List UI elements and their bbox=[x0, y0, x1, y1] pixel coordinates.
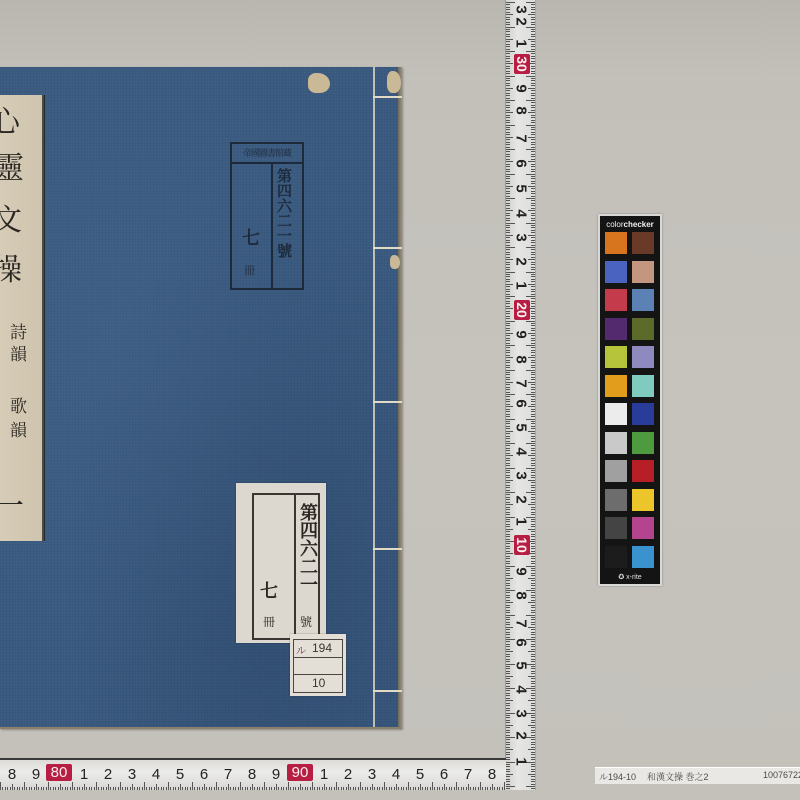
ruler-tick bbox=[506, 264, 510, 265]
ruler-tick bbox=[526, 321, 535, 322]
ruler-tick bbox=[531, 448, 535, 449]
ruler-label: 3 bbox=[513, 229, 530, 247]
ruler-tick bbox=[370, 787, 371, 790]
ruler-tick bbox=[14, 787, 15, 790]
ruler-tick bbox=[506, 416, 510, 417]
ruler-tick bbox=[506, 159, 510, 160]
ruler-tick bbox=[228, 784, 229, 790]
ruler-tick bbox=[506, 120, 510, 121]
ruler-tick bbox=[480, 782, 481, 790]
ruler-tick bbox=[506, 129, 510, 130]
ruler-tick bbox=[531, 519, 535, 520]
ruler-tick bbox=[192, 782, 193, 790]
ruler-tick bbox=[531, 752, 535, 753]
ruler-tick bbox=[531, 671, 535, 672]
ruler-tick bbox=[531, 507, 535, 508]
color-swatch bbox=[632, 403, 654, 425]
ruler-tick bbox=[322, 787, 323, 790]
ruler-tick bbox=[531, 203, 535, 204]
ruler-tick bbox=[91, 787, 92, 790]
ruler-tick bbox=[396, 784, 397, 790]
ruler-tick bbox=[506, 352, 510, 353]
ruler-tick bbox=[170, 787, 171, 790]
ruler-tick bbox=[531, 690, 535, 691]
ruler-tick bbox=[506, 570, 510, 571]
ruler-label: 5 bbox=[513, 419, 530, 437]
ruler-tick bbox=[254, 787, 255, 790]
ruler-tick bbox=[506, 715, 510, 716]
ruler-tick bbox=[506, 705, 510, 706]
ruler-tick bbox=[531, 747, 535, 748]
ruler-tick bbox=[190, 787, 191, 790]
ruler-tick bbox=[506, 717, 510, 718]
ruler-tick bbox=[178, 787, 179, 790]
ruler-tick bbox=[506, 759, 510, 760]
ruler-tick bbox=[360, 782, 361, 790]
ruler-tick bbox=[506, 142, 510, 143]
ruler-tick bbox=[506, 93, 510, 94]
ruler-tick bbox=[504, 782, 505, 790]
ruler-label: 2 bbox=[513, 727, 530, 745]
cover-wear bbox=[390, 255, 400, 269]
ruler-tick bbox=[506, 24, 510, 25]
ruler-tick bbox=[506, 597, 510, 598]
ruler-tick bbox=[506, 595, 510, 596]
ruler-tick bbox=[531, 242, 535, 243]
ruler-tick bbox=[526, 345, 535, 346]
ruler-tick bbox=[506, 41, 510, 42]
ruler-tick bbox=[458, 787, 459, 790]
ruler-tick bbox=[531, 245, 535, 246]
ruler-tick bbox=[506, 340, 510, 341]
ruler-tick bbox=[506, 53, 510, 54]
ruler-tick bbox=[506, 681, 510, 682]
ruler-tick bbox=[506, 269, 510, 270]
ruler-tick bbox=[180, 784, 181, 790]
ruler-tick bbox=[151, 787, 152, 790]
ruler-tick bbox=[158, 787, 159, 790]
ruler-tick bbox=[506, 377, 510, 378]
ruler-label: 9 bbox=[513, 326, 530, 344]
ruler-tick bbox=[506, 61, 510, 62]
ruler-tick bbox=[245, 787, 246, 790]
ruler-tick bbox=[531, 779, 535, 780]
ruler-tick bbox=[531, 208, 535, 209]
ruler-tick bbox=[506, 423, 510, 424]
ruler-tick bbox=[86, 787, 87, 790]
ruler-tick bbox=[506, 646, 510, 647]
ruler-tick bbox=[506, 223, 515, 224]
ruler-tick bbox=[446, 787, 447, 790]
ruler-tick bbox=[531, 188, 535, 189]
ruler-label: 4 bbox=[513, 443, 530, 461]
ruler-tick bbox=[182, 787, 183, 790]
ruler-tick bbox=[506, 257, 510, 258]
binding-stitch bbox=[373, 401, 402, 403]
ruler-tick bbox=[531, 673, 535, 674]
ruler-tick bbox=[506, 254, 510, 255]
shelf-label-volume: 七 bbox=[260, 577, 278, 603]
ruler-tick bbox=[506, 134, 510, 135]
ruler-tick bbox=[531, 134, 535, 135]
ruler-tick bbox=[531, 164, 535, 165]
ruler-tick bbox=[531, 151, 535, 152]
ruler-tick bbox=[531, 754, 535, 755]
ruler-tick bbox=[506, 458, 510, 459]
ruler-tick bbox=[531, 502, 535, 503]
ruler-tick bbox=[531, 147, 535, 148]
ruler-tick bbox=[531, 24, 535, 25]
ruler-tick bbox=[531, 122, 535, 123]
ruler-tick bbox=[401, 787, 402, 790]
ruler-tick bbox=[506, 472, 510, 473]
ruler-tick bbox=[531, 624, 535, 625]
ruler-tick bbox=[506, 372, 510, 373]
horizontal-ruler: 89801234567899012345678 bbox=[0, 758, 506, 790]
ruler-tick bbox=[506, 389, 510, 390]
ruler-tick bbox=[531, 776, 535, 777]
ruler-tick bbox=[531, 646, 535, 647]
ruler-tick bbox=[531, 286, 535, 287]
ruler-tick bbox=[531, 267, 535, 268]
ruler-tick bbox=[531, 781, 535, 782]
ruler-tick bbox=[468, 784, 469, 790]
ruler-tick bbox=[473, 787, 474, 790]
ruler-tick bbox=[499, 787, 500, 790]
ruler-tick bbox=[506, 387, 510, 388]
ruler-tick bbox=[506, 539, 510, 540]
ruler-tick bbox=[531, 666, 535, 667]
ruler-tick bbox=[531, 661, 535, 662]
ruler-tick bbox=[0, 782, 1, 790]
ruler-tick bbox=[531, 218, 535, 219]
library-stamp: 帝國圖書館藏 第四六二一號 七 冊 bbox=[230, 142, 304, 290]
ruler-tick bbox=[531, 509, 535, 510]
ruler-tick bbox=[478, 787, 479, 790]
ruler-tick bbox=[531, 656, 535, 657]
ruler-tick bbox=[130, 787, 131, 790]
ruler-tick bbox=[526, 149, 535, 150]
ruler-tick bbox=[506, 438, 510, 439]
ruler-tick bbox=[302, 787, 303, 790]
ruler-tick bbox=[77, 787, 78, 790]
ruler-tick bbox=[506, 619, 510, 620]
ruler-label: 8 bbox=[513, 587, 530, 605]
ruler-tick bbox=[506, 580, 510, 581]
ruler-tick bbox=[531, 274, 535, 275]
ruler-tick bbox=[531, 178, 535, 179]
ruler-tick bbox=[218, 787, 219, 790]
ruler-tick bbox=[24, 782, 25, 790]
ruler-tick bbox=[531, 568, 535, 569]
ruler-tick bbox=[50, 787, 51, 790]
ruler-tick bbox=[502, 787, 503, 790]
ruler-tick bbox=[531, 318, 535, 319]
ruler-tick bbox=[506, 289, 510, 290]
ruler-tick bbox=[531, 683, 535, 684]
color-swatch bbox=[632, 232, 654, 254]
ruler-tick bbox=[506, 237, 510, 238]
ruler-tick bbox=[506, 605, 510, 606]
ruler-tick bbox=[506, 156, 510, 157]
ruler-tick bbox=[506, 4, 510, 5]
ruler-tick bbox=[62, 787, 63, 790]
ruler-tick bbox=[506, 774, 513, 775]
ruler-tick bbox=[187, 787, 188, 790]
ruler-tick bbox=[531, 365, 535, 366]
ruler-tick bbox=[427, 787, 428, 790]
ruler-tick bbox=[506, 281, 510, 282]
ruler-tick bbox=[286, 787, 287, 790]
color-swatch bbox=[632, 375, 654, 397]
ruler-tick bbox=[531, 360, 535, 361]
ruler-tick bbox=[531, 183, 535, 184]
ruler-tick bbox=[240, 782, 241, 790]
ruler-tick bbox=[506, 132, 510, 133]
ruler-tick bbox=[531, 607, 535, 608]
ruler-tick bbox=[271, 787, 272, 790]
ruler-tick bbox=[531, 531, 535, 532]
ruler-tick bbox=[526, 370, 535, 371]
ruler-tick bbox=[506, 392, 510, 393]
ruler-tick bbox=[506, 174, 515, 175]
ruler-tick bbox=[531, 654, 535, 655]
color-swatch bbox=[632, 489, 654, 511]
ruler-tick bbox=[439, 787, 440, 790]
ruler-tick bbox=[531, 401, 535, 402]
ruler-tick bbox=[506, 296, 515, 297]
ruler-tick bbox=[531, 66, 535, 67]
ruler-tick bbox=[307, 787, 308, 790]
ruler-tick bbox=[506, 700, 513, 701]
ruler-tick bbox=[531, 524, 535, 525]
ruler-tick bbox=[506, 63, 513, 64]
ruler-tick bbox=[531, 514, 535, 515]
ruler-tick bbox=[531, 512, 535, 513]
ruler-tick bbox=[531, 176, 535, 177]
ruler-tick bbox=[531, 703, 535, 704]
ruler-tick bbox=[506, 690, 510, 691]
ruler-label: 6 bbox=[513, 155, 530, 173]
ruler-tick bbox=[531, 460, 535, 461]
ruler-tick bbox=[506, 426, 510, 427]
ruler-tick bbox=[204, 784, 205, 790]
ruler-tick bbox=[531, 389, 535, 390]
ruler-tick bbox=[531, 548, 535, 549]
title-char: 靈 bbox=[0, 143, 24, 187]
ruler-tick bbox=[506, 477, 510, 478]
ruler-tick bbox=[506, 463, 510, 464]
ruler-tick bbox=[506, 313, 510, 314]
ruler-tick bbox=[531, 629, 535, 630]
ruler-tick bbox=[506, 656, 510, 657]
ruler-tick bbox=[506, 198, 515, 199]
ruler-label: 2 bbox=[513, 253, 530, 271]
ruler-tick bbox=[531, 328, 535, 329]
ruler-tick bbox=[531, 678, 535, 679]
ruler-tick bbox=[506, 291, 510, 292]
ruler-tick bbox=[506, 428, 510, 429]
ruler-tick bbox=[238, 787, 239, 790]
ruler-tick bbox=[531, 139, 535, 140]
ruler-tick bbox=[96, 782, 97, 790]
ruler-tick bbox=[506, 409, 510, 410]
ruler-tick bbox=[531, 441, 535, 442]
ruler-tick bbox=[506, 306, 510, 307]
ruler-tick bbox=[506, 556, 510, 557]
ruler-tick bbox=[531, 232, 535, 233]
ruler-tick bbox=[506, 695, 510, 696]
ruler-tick bbox=[531, 534, 535, 535]
color-swatch bbox=[632, 460, 654, 482]
ruler-tick bbox=[394, 787, 395, 790]
ruler-tick bbox=[506, 213, 510, 214]
ruler-tick bbox=[506, 668, 510, 669]
ruler-tick bbox=[531, 769, 535, 770]
ruler-tick bbox=[531, 144, 535, 145]
ruler-tick bbox=[19, 787, 20, 790]
ruler-tick bbox=[506, 485, 510, 486]
ruler-label: 5 bbox=[172, 766, 188, 783]
ruler-tick bbox=[329, 787, 330, 790]
ruler-tick bbox=[531, 29, 535, 30]
ruler-tick bbox=[506, 110, 510, 111]
ruler-label: 80 bbox=[46, 764, 72, 781]
ruler-tick bbox=[506, 754, 510, 755]
ruler-tick bbox=[531, 416, 535, 417]
ruler-tick bbox=[506, 752, 510, 753]
ruler-tick bbox=[406, 787, 407, 790]
ruler-tick bbox=[506, 502, 510, 503]
ruler-tick bbox=[264, 782, 265, 790]
ruler-tick bbox=[199, 787, 200, 790]
ruler-label: 6 bbox=[513, 634, 530, 652]
ruler-tick bbox=[247, 787, 248, 790]
ruler-tick bbox=[531, 649, 535, 650]
ruler-tick bbox=[531, 720, 535, 721]
ruler-tick bbox=[134, 787, 135, 790]
ruler-tick bbox=[531, 350, 535, 351]
ruler-tick bbox=[506, 507, 510, 508]
ruler-label: 7 bbox=[513, 130, 530, 148]
ruler-tick bbox=[526, 125, 535, 126]
ruler-tick bbox=[506, 49, 510, 50]
ruler-tick bbox=[531, 159, 535, 160]
ruler-tick bbox=[70, 787, 71, 790]
ruler-tick bbox=[338, 787, 339, 790]
caption-strip: ル194-10 和漢文操 巻之2 10076722 bbox=[595, 767, 800, 784]
ruler-tick bbox=[283, 787, 284, 790]
shelf-label-divider bbox=[294, 495, 296, 638]
ruler-tick bbox=[506, 499, 510, 500]
ruler-tick bbox=[506, 563, 510, 564]
ruler-tick bbox=[506, 588, 510, 589]
ruler-tick bbox=[506, 245, 510, 246]
ruler-tick bbox=[526, 198, 535, 199]
ruler-tick bbox=[531, 306, 535, 307]
ruler-tick bbox=[531, 387, 535, 388]
ruler-tick bbox=[470, 787, 471, 790]
ruler-tick bbox=[403, 787, 404, 790]
ruler-tick bbox=[506, 781, 510, 782]
ruler-label: 4 bbox=[388, 766, 404, 783]
ruler-tick bbox=[531, 323, 535, 324]
ruler-tick bbox=[377, 787, 378, 790]
caption-call-number: ル194-10 bbox=[599, 770, 636, 783]
ruler-tick bbox=[531, 497, 535, 498]
color-swatch bbox=[605, 375, 627, 397]
ruler-tick bbox=[531, 708, 535, 709]
volume-char: 一 bbox=[0, 481, 24, 525]
ruler-tick bbox=[506, 512, 510, 513]
ruler-label: 1 bbox=[513, 753, 530, 771]
ruler-tick bbox=[84, 784, 85, 790]
ruler-tick bbox=[506, 220, 510, 221]
ruler-tick bbox=[531, 759, 535, 760]
ruler-tick bbox=[506, 370, 515, 371]
ruler-tick bbox=[223, 787, 224, 790]
ruler-tick bbox=[262, 787, 263, 790]
ruler-tick bbox=[531, 93, 535, 94]
ruler-tick bbox=[531, 499, 535, 500]
ruler-tick bbox=[281, 787, 282, 790]
ruler-tick bbox=[398, 787, 399, 790]
ruler-tick bbox=[506, 127, 510, 128]
ruler-label: 5 bbox=[513, 180, 530, 198]
ruler-tick bbox=[72, 782, 73, 790]
ruler-tick bbox=[161, 787, 162, 790]
ruler-label: 1 bbox=[513, 277, 530, 295]
ruler-tick bbox=[506, 448, 510, 449]
ruler-tick bbox=[372, 784, 373, 790]
ruler-tick bbox=[531, 742, 535, 743]
ruler-tick bbox=[290, 787, 291, 790]
ruler-tick bbox=[506, 622, 510, 623]
ruler-tick bbox=[531, 396, 535, 397]
ruler-tick bbox=[531, 551, 535, 552]
stamp-number: 第四六二一號 bbox=[274, 168, 295, 258]
ruler-tick bbox=[526, 296, 535, 297]
ruler-tick bbox=[168, 782, 169, 790]
ruler-tick bbox=[120, 782, 121, 790]
ruler-tick bbox=[531, 570, 535, 571]
ruler-tick bbox=[506, 125, 515, 126]
ruler-tick bbox=[531, 695, 535, 696]
ruler-tick bbox=[531, 4, 535, 5]
ruler-tick bbox=[506, 543, 510, 544]
ruler-tick bbox=[531, 600, 535, 601]
ruler-tick bbox=[235, 787, 236, 790]
ruler-tick bbox=[336, 782, 337, 790]
ruler-tick bbox=[65, 787, 66, 790]
ruler-tick bbox=[506, 686, 510, 687]
ruler-tick bbox=[506, 644, 510, 645]
ruler-tick bbox=[206, 787, 207, 790]
ruler-tick bbox=[531, 115, 535, 116]
ruler-tick bbox=[531, 561, 535, 562]
color-swatch bbox=[605, 232, 627, 254]
ruler-tick bbox=[531, 727, 535, 728]
ruler-tick bbox=[531, 44, 535, 45]
ruler-tick bbox=[58, 787, 59, 790]
ruler-tick bbox=[506, 191, 510, 192]
ruler-tick bbox=[531, 71, 535, 72]
ruler-tick bbox=[506, 301, 510, 302]
ruler-tick bbox=[506, 771, 510, 772]
ruler-tick bbox=[506, 276, 510, 277]
ruler-tick bbox=[346, 787, 347, 790]
ruler-tick bbox=[506, 343, 510, 344]
